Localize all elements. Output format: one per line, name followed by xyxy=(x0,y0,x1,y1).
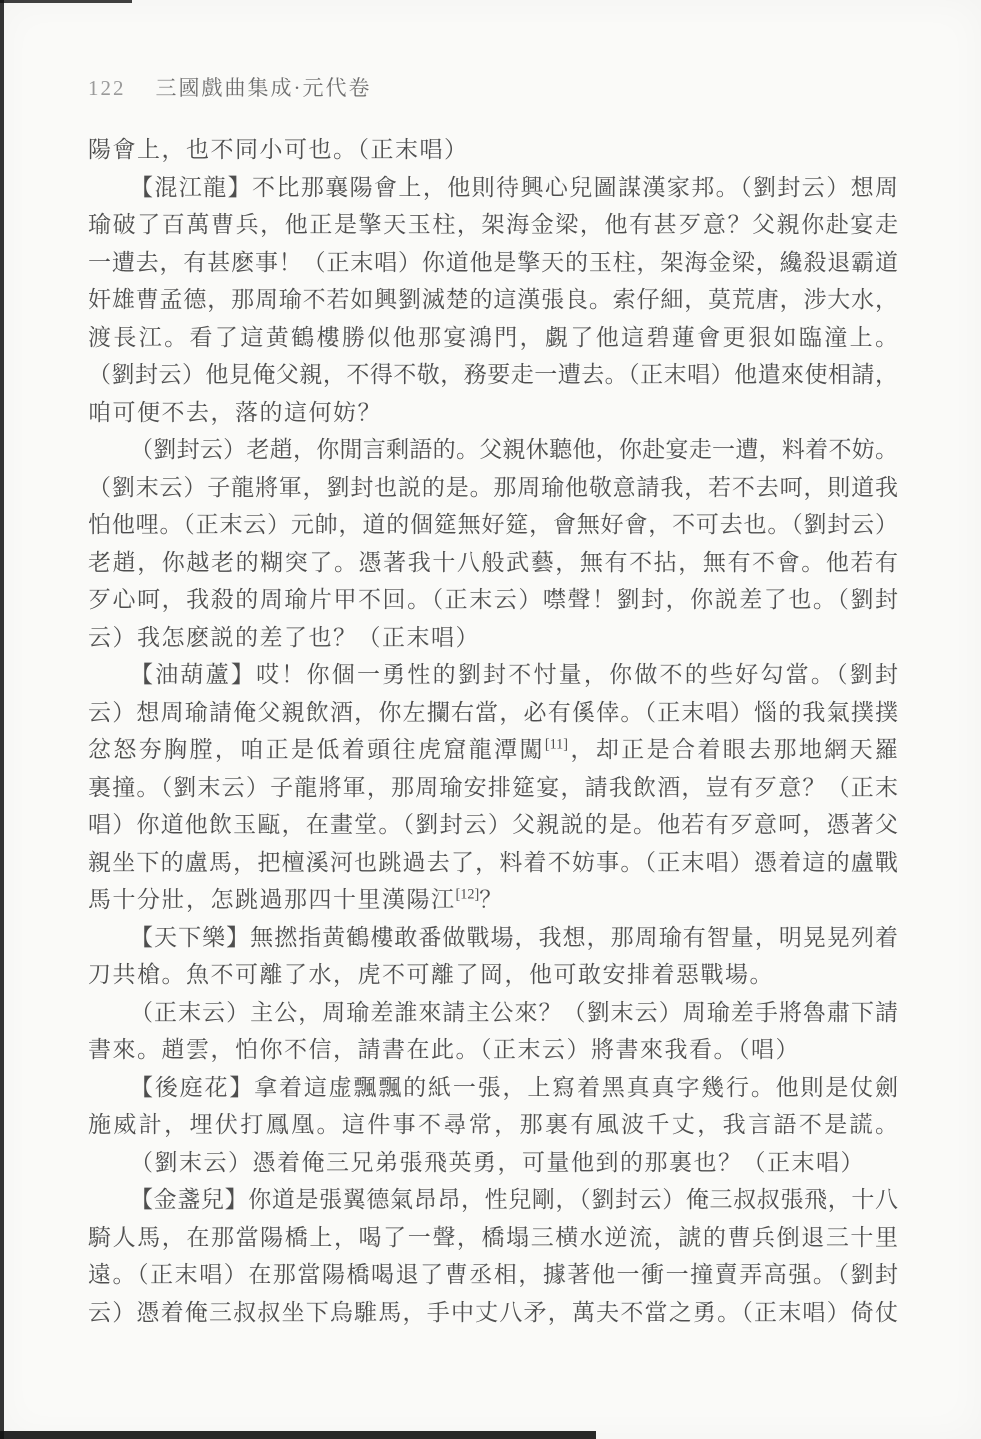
text-line: 刀共槍。魚不可離了水，虎不可離了岡，他可敢安排着惡戰場。 xyxy=(88,956,898,994)
book-page: 122三國戲曲集成·元代卷 陽會上，也不同小可也。（正末唱）【混江龍】不比那襄陽… xyxy=(0,0,981,1439)
scanned-book-page-screenshot: { "header": { "page_number": "122", "boo… xyxy=(0,0,981,1439)
page-header: 122三國戲曲集成·元代卷 xyxy=(88,72,900,102)
text-line: 云）憑着俺三叔叔坐下烏騅馬，手中丈八矛，萬夫不當之勇。（正末唱）倚仗 xyxy=(88,1294,898,1332)
text-line: 施威計，埋伏打鳳凰。這件事不尋常，那裏有風波千丈，我言語不是謊。 xyxy=(88,1106,898,1144)
footnote-ref: [12] xyxy=(456,886,480,902)
text-line: 唱）你道他飲玉甌，在畫堂。（劉封云）父親説的是。他若有歹意呵，憑著父 xyxy=(88,806,898,844)
text-line: （劉末云）子龍將軍，劉封也説的是。那周瑜他敬意請我，若不去呵，則道我 xyxy=(88,469,898,507)
scan-edge-left xyxy=(0,0,4,1439)
text-line: （劉封云）他見俺父親，不得不敬，務要走一遭去。（正末唱）他遣來使相請， xyxy=(88,356,898,394)
text-line: 【混江龍】不比那襄陽會上，他則待興心兒圖謀漢家邦。（劉封云）想周 xyxy=(88,169,898,207)
text-line: 【金盞兒】你道是張翼德氣昂昂，性兒剛，（劉封云）俺三叔叔張飛，十八 xyxy=(88,1181,898,1219)
text-line: 馬十分壯，怎跳過那四十里漢陽江[12]？ xyxy=(88,881,898,919)
text-block: 陽會上，也不同小可也。（正末唱）【混江龍】不比那襄陽會上，他則待興心兒圖謀漢家邦… xyxy=(88,131,898,1331)
text-line: 親坐下的盧馬，把檀溪河也跳過去了，料着不妨事。（正末唱）憑着這的盧戰 xyxy=(88,844,898,882)
text-line: 歹心呵，我殺的周瑜片甲不回。（正末云）噤聲！劉封，你説差了也。（劉封 xyxy=(88,581,898,619)
text-line: 騎人馬，在那當陽橋上，喝了一聲，橋塌三横水逆流，諕的曹兵倒退三十里 xyxy=(88,1219,898,1257)
text-line: 書來。趙雲，怕你不信，請書在此。（正末云）將書來我看。（唱） xyxy=(88,1031,898,1069)
scan-edge-top xyxy=(0,0,132,3)
book-title: 三國戲曲集成·元代卷 xyxy=(156,76,372,100)
text-line: （劉末云）憑着俺三兄弟張飛英勇，可量他到的那裏也？（正末唱） xyxy=(88,1144,898,1182)
text-line: 一遭去，有甚麽事！（正末唱）你道他是擎天的玉柱，架海金梁，纔殺退霸道 xyxy=(88,244,898,282)
text-line: 【後庭花】拿着這虚飄飄的紙一張，上寫着黑真真字幾行。他則是仗劍 xyxy=(88,1069,898,1107)
text-line: 奸雄曹孟德，那周瑜不若如興劉滅楚的這漢張良。索仔細，莫荒唐，涉大水， xyxy=(88,281,898,319)
text-line: 云）想周瑜請俺父親飲酒，你左攔右當，必有傒倖。（正末唱）惱的我氣撲撲 xyxy=(88,694,898,732)
scan-edge-bottom xyxy=(0,1431,596,1439)
page-number: 122 xyxy=(88,76,126,100)
text-line: 咱可便不去，落的這何妨？ xyxy=(88,394,898,432)
text-line: 瑜破了百萬曹兵，他正是擎天玉柱，架海金梁，他有甚歹意？父親你赴宴走 xyxy=(88,206,898,244)
text-line: 云）我怎麽説的差了也？（正末唱） xyxy=(88,619,898,657)
text-line: （正末云）主公，周瑜差誰來請主公來？（劉末云）周瑜差手將魯肅下請 xyxy=(88,994,898,1032)
text-line: 【油葫蘆】哎！你個一勇性的劉封不忖量，你做不的些好勾當。（劉封 xyxy=(88,656,898,694)
text-line: （劉封云）老趙，你閒言剩語的。父親休聽他，你赴宴走一遭，料着不妨。 xyxy=(88,431,898,469)
text-line: 怕他哩。（正末云）元帥，道的個筵無好筵，會無好會，不可去也。（劉封云） xyxy=(88,506,898,544)
footnote-ref: [11] xyxy=(545,736,568,752)
text-line: 陽會上，也不同小可也。（正末唱） xyxy=(88,131,898,169)
text-line: 老趙，你越老的糊突了。憑著我十八般武藝，無有不拈，無有不會。他若有 xyxy=(88,544,898,582)
text-line: 【天下樂】無撚指黄鶴樓敢番做戰場，我想，那周瑜有智量，明晃晃列着 xyxy=(88,919,898,957)
text-line: 渡長江。看了這黄鶴樓勝似他那宴鴻門，覷了他這碧蓮會更狠如臨潼上。 xyxy=(88,319,898,357)
text-line: 裏撞。（劉末云）子龍將軍，那周瑜安排筵宴，請我飲酒，豈有歹意？（正末 xyxy=(88,769,898,807)
text-line: 忿怒夯胸膛，咱正是低着頭往虎窟龍潭闖[11]，却正是合着眼去那地網天羅 xyxy=(88,731,898,769)
text-line: 遠。（正末唱）在那當陽橋喝退了曹丞相，據著他一衝一撞賣弄高强。（劉封 xyxy=(88,1256,898,1294)
